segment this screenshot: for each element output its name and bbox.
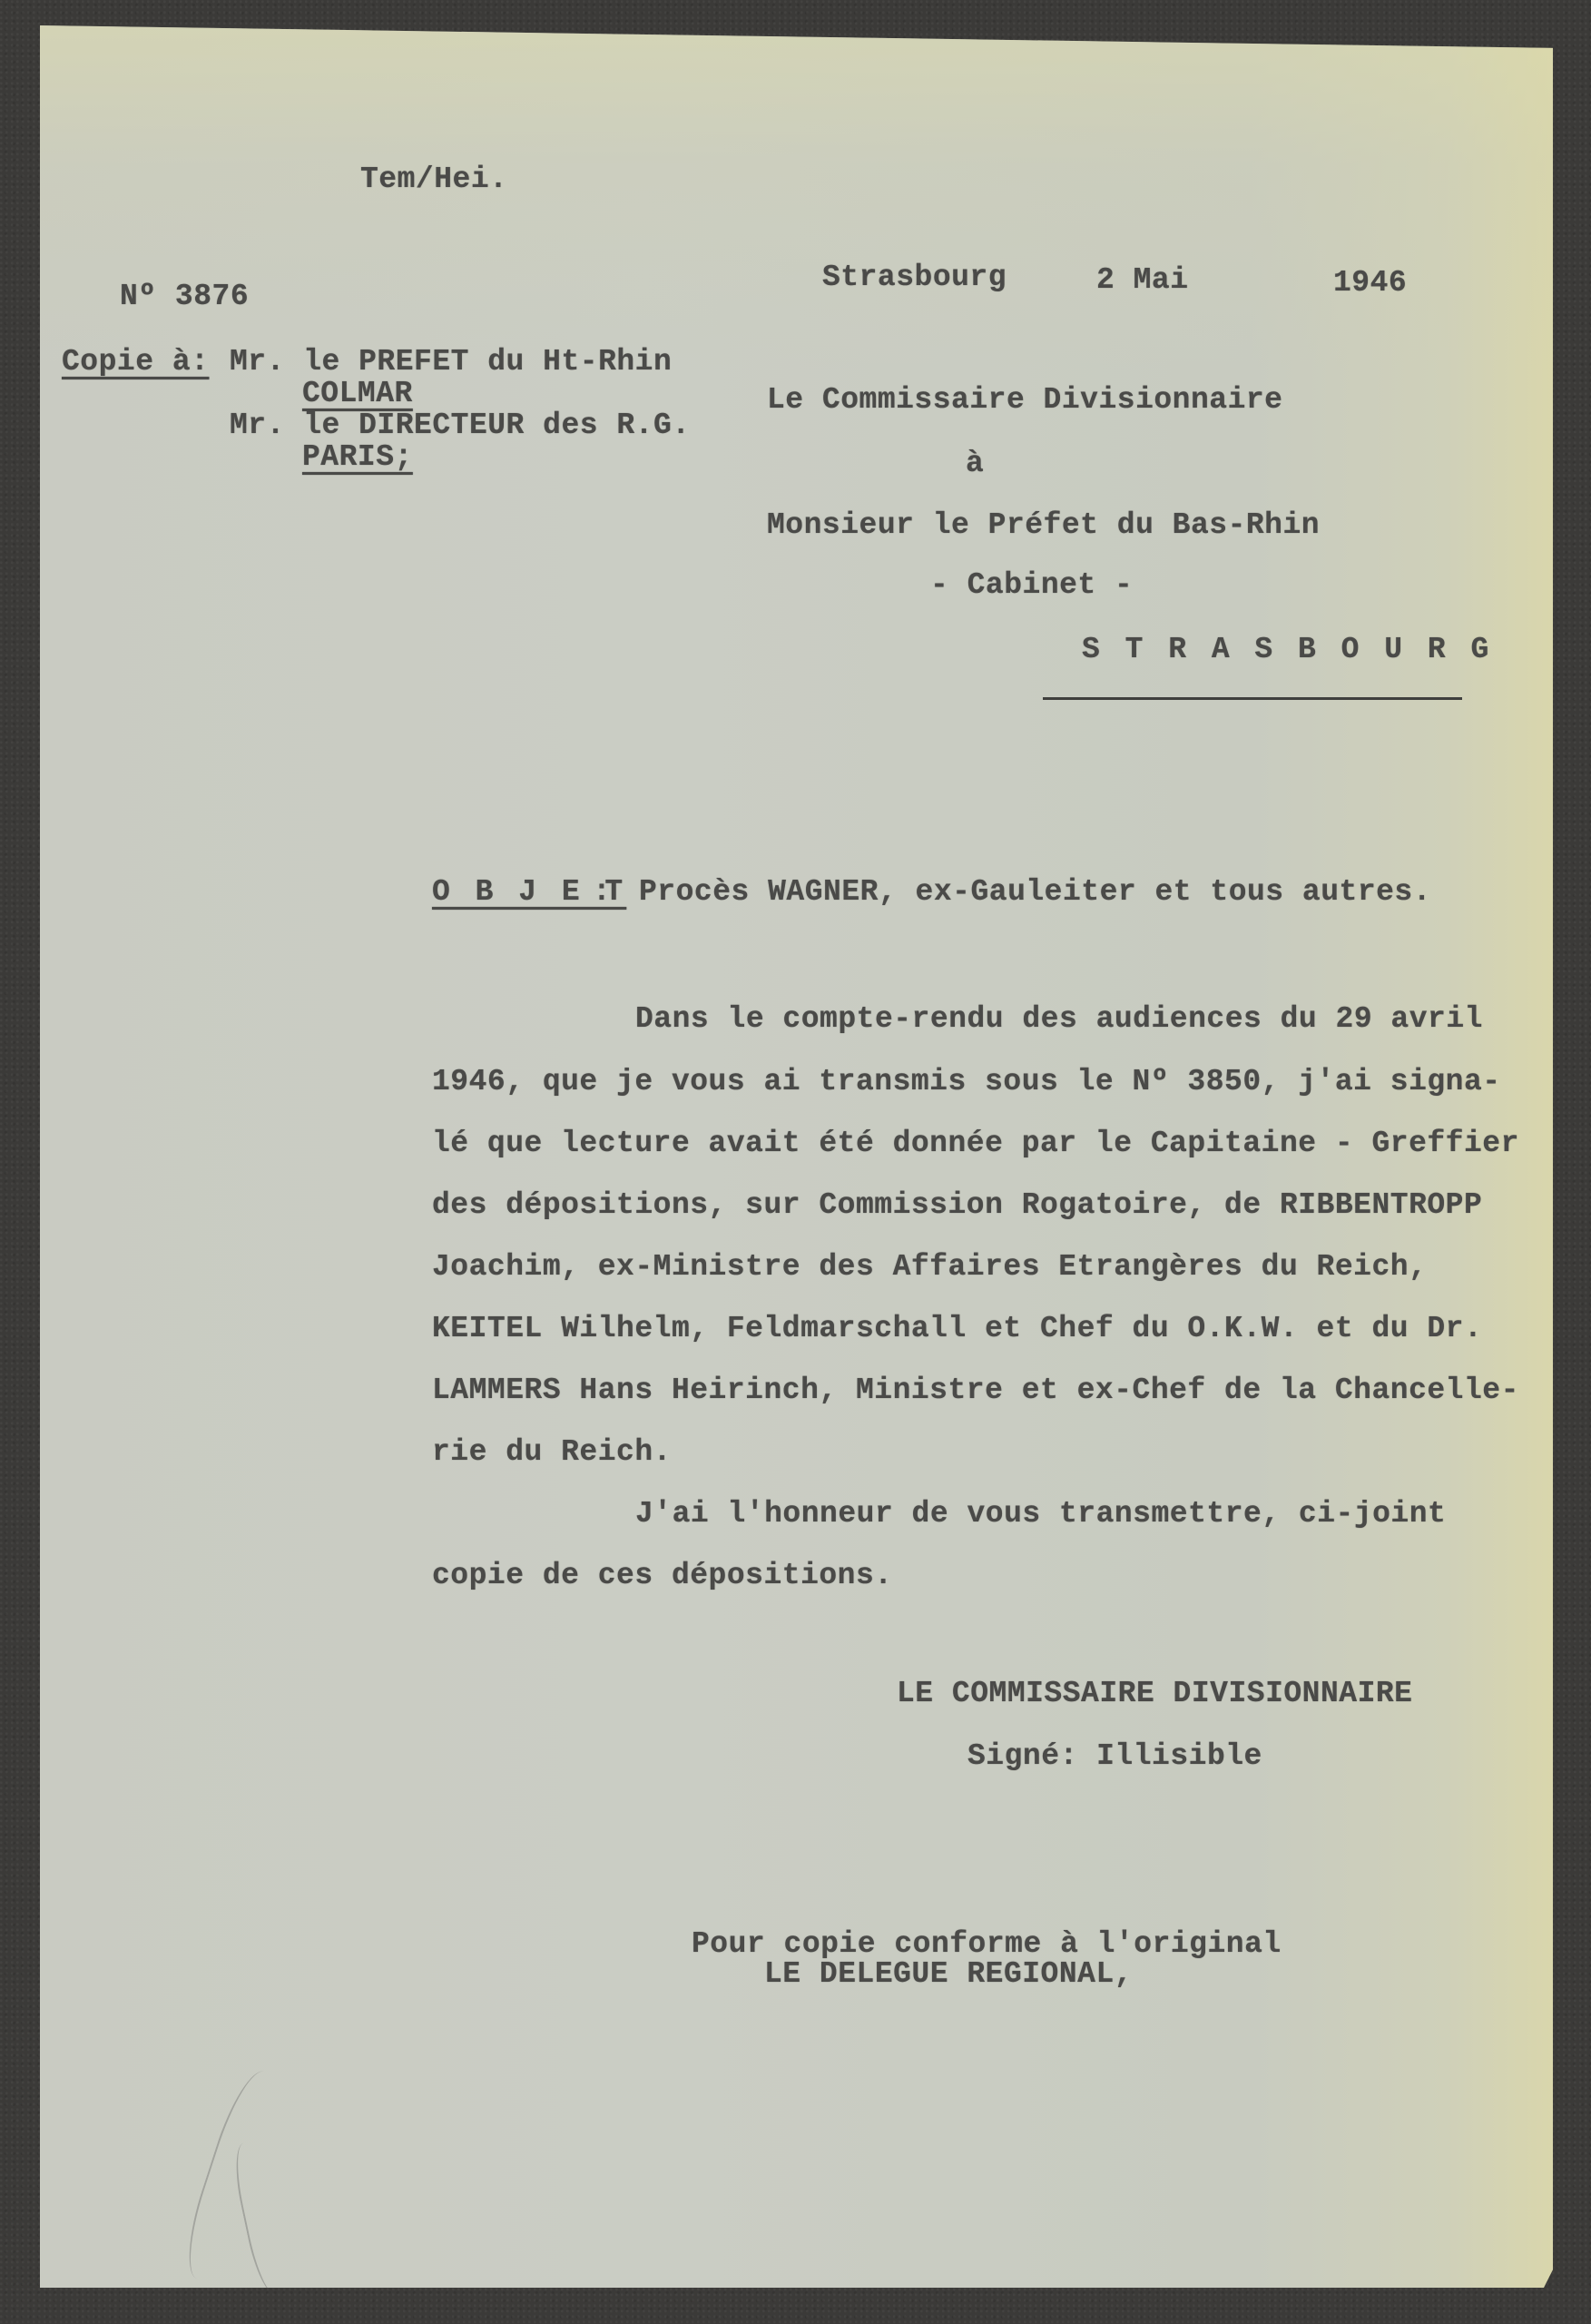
subject-text: Procès WAGNER, ex-Gauleiter et tous autr… <box>639 877 1431 907</box>
body-line: lé que lecture avait été donnée par le C… <box>432 1128 1519 1158</box>
paper-crease <box>229 2138 298 2297</box>
paper-discoloration <box>40 25 1553 370</box>
to-word: à <box>966 448 984 478</box>
copy-line: Mr. le PREFET du Ht-Rhin <box>230 347 672 377</box>
copies-label: Copie à: <box>62 347 209 377</box>
recipient-office: - Cabinet - <box>930 570 1133 600</box>
reference-initials: Tem/Hei. <box>360 164 507 194</box>
body-line: KEITEL Wilhelm, Feldmarschall et Chef du… <box>432 1314 1482 1344</box>
paper-crease <box>175 2064 296 2289</box>
date-place: Strasbourg <box>822 262 1007 292</box>
certification-line: LE DELEGUE REGIONAL, <box>764 1959 1133 1989</box>
body-line: des dépositions, sur Commission Rogatoir… <box>432 1190 1482 1220</box>
copy-line: PARIS; <box>302 442 413 472</box>
copy-line: COLMAR <box>302 379 413 409</box>
body-line: 1946, que je vous ai transmis sous le Nº… <box>432 1067 1501 1097</box>
signature-signed: Signé: Illisible <box>967 1741 1262 1771</box>
sender-title: Le Commissaire Divisionnaire <box>767 385 1283 415</box>
document-number: Nº 3876 <box>120 281 249 311</box>
body-line: Dans le compte-rendu des audiences du 29… <box>635 1004 1483 1034</box>
body-line: Joachim, ex-Ministre des Affaires Etrang… <box>432 1252 1427 1282</box>
body-line: LAMMERS Hans Heirinch, Ministre et ex-Ch… <box>432 1375 1519 1405</box>
signature-title: LE COMMISSAIRE DIVISIONNAIRE <box>897 1679 1413 1709</box>
date-day-month: 2 Mai <box>1096 265 1189 295</box>
body-line: J'ai l'honneur de vous transmettre, ci-j… <box>635 1499 1446 1529</box>
recipient-city: S T R A S B O U R G <box>1082 635 1492 665</box>
copy-line: Mr. le DIRECTEUR des R.G. <box>230 410 691 440</box>
recipient-name: Monsieur le Préfet du Bas-Rhin <box>767 510 1320 540</box>
date-year: 1946 <box>1333 268 1407 298</box>
certification-line: Pour copie conforme à l'original <box>692 1929 1282 1959</box>
address-rule <box>1043 697 1462 700</box>
body-line: copie de ces dépositions. <box>432 1561 893 1590</box>
subject-colon: : <box>593 877 611 907</box>
body-line: rie du Reich. <box>432 1437 672 1467</box>
